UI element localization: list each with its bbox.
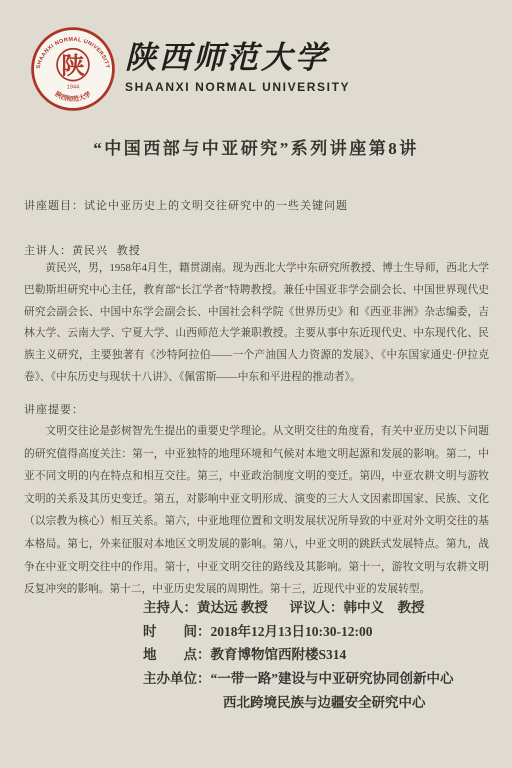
university-logo: SHAANXI NORMAL UNIVERSITY 陕 1944 陕西师范大学 … <box>30 26 350 112</box>
speaker-name: 黄民兴 <box>72 245 108 257</box>
time-row: 时 间：2018年12月13日10:30-12:00 <box>143 620 454 644</box>
university-name-english: SHAANXI NORMAL UNIVERSITY <box>125 80 350 94</box>
discussant-label: 评议人： <box>289 600 343 615</box>
time-value: 2018年12月13日10:30-12:00 <box>211 624 373 639</box>
seal-year: 1944 <box>67 84 79 90</box>
lecture-poster: SHAANXI NORMAL UNIVERSITY 陕 1944 陕西师范大学 … <box>0 0 512 768</box>
host-row: 主持人：黄达远 教授评议人：韩中义 教授 <box>143 596 454 620</box>
event-details: 主持人：黄达远 教授评议人：韩中义 教授 时 间：2018年12月13日10:3… <box>143 596 454 714</box>
lecture-topic-text: 试论中亚历史上的文明交往研究中的一些关键问题 <box>84 200 348 212</box>
university-name-chinese: 陕西师范大学 <box>125 38 350 78</box>
location-row: 地 点：教育博物馆西附楼S314 <box>143 643 454 667</box>
location-label: 地 点： <box>143 647 211 662</box>
organizer-row: 主办单位：“一带一路”建设与中亚研究协同创新中心 <box>143 667 454 691</box>
speaker-bio: 黄民兴，男，1958年4月生，籍贯湖南。现为西北大学中东研究所教授、博士生导师，… <box>24 258 489 389</box>
discussant-name: 韩中义 教授 <box>343 600 424 615</box>
university-seal-icon: SHAANXI NORMAL UNIVERSITY 陕 1944 陕西师范大学 <box>30 26 116 112</box>
host-label: 主持人： <box>143 600 197 615</box>
lecture-topic-line: 讲座题目：试论中亚历史上的文明交往研究中的一些关键问题 <box>24 197 348 213</box>
lecture-topic-label: 讲座题目： <box>24 200 84 212</box>
organizer-label: 主办单位： <box>143 671 211 686</box>
host-name: 黄达远 教授 <box>197 600 268 615</box>
abstract-label: 讲座提要： <box>24 401 84 417</box>
speaker-label: 主讲人： <box>24 245 72 257</box>
time-label: 时 间： <box>143 624 211 639</box>
organizer-name-2: 西北跨境民族与边疆安全研究中心 <box>223 695 426 710</box>
organizer-row-2: 西北跨境民族与边疆安全研究中心 <box>223 691 454 715</box>
university-wordmark: 陕西师范大学 SHAANXI NORMAL UNIVERSITY <box>125 26 350 94</box>
location-value: 教育博物馆西附楼S314 <box>211 647 347 662</box>
series-title: “中国西部与中亚研究”系列讲座第8讲 <box>0 134 512 159</box>
speaker-degree: 教授 <box>117 245 141 257</box>
abstract-text: 文明交往论是彭树智先生提出的重要史学理论。从文明交往的角度看，有关中亚历史以下问… <box>24 420 489 601</box>
seal-center-character: 陕 <box>61 52 84 79</box>
organizer-name-1: “一带一路”建设与中亚研究协同创新中心 <box>211 671 454 686</box>
speaker-line: 主讲人：黄民兴教授 <box>24 242 141 258</box>
